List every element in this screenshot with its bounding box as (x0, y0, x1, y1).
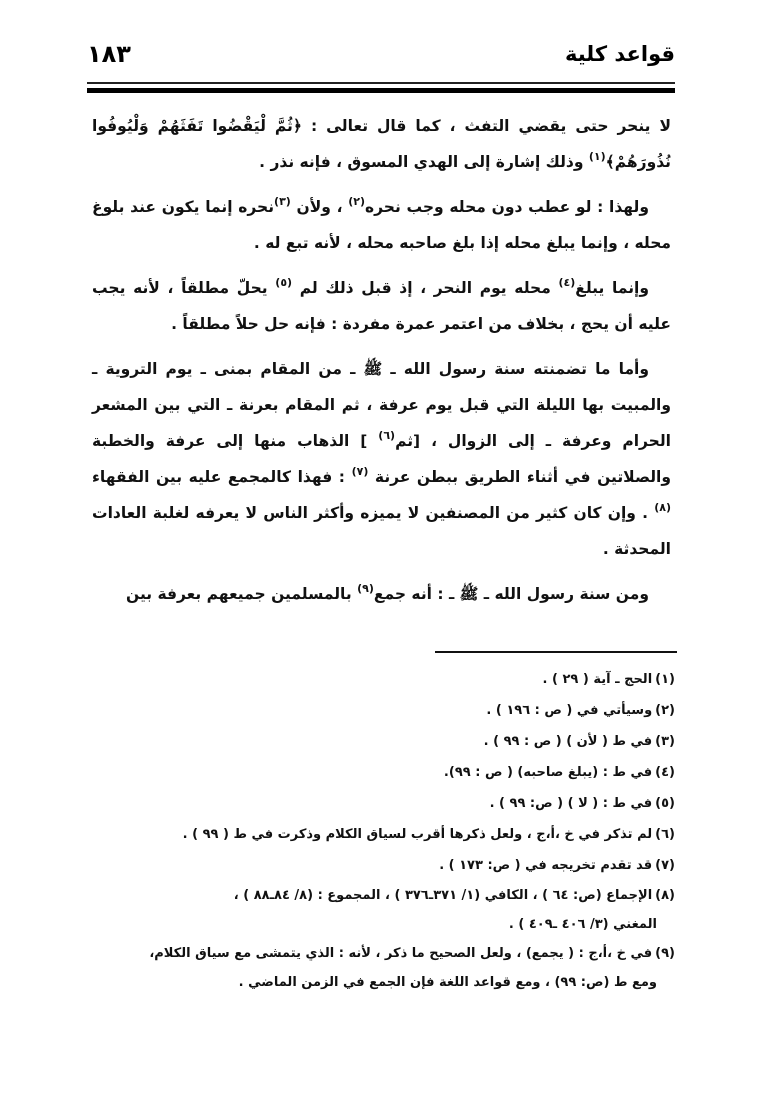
text-run: . وإن كان كثير من المصنفين لا يميزه وأكث… (92, 504, 671, 558)
header-rule-thin (87, 82, 675, 84)
footnote-number: (١) (655, 672, 675, 687)
footnote: (٨)الإجماع (ص: ٦٤ ) ، الكافي (١/ ٣٧١ـ٣٧٦… (86, 881, 675, 939)
text-run: ومن سنة رسول الله ـ ﷺ ـ : أنه جمع (374, 585, 649, 603)
footnote-text: الإجماع (ص: ٦٤ ) ، الكافي (١/ ٣٧١ـ٣٧٦ ) … (234, 888, 652, 903)
paragraph: ومن سنة رسول الله ـ ﷺ ـ : أنه جمع(٩) بال… (92, 576, 671, 612)
footnote-number: (٥) (655, 796, 675, 811)
footnote-number: (٤) (655, 765, 675, 780)
paragraph: وإنما يبلغ(٤) محله يوم النحر ، إذ قبل ذل… (92, 270, 671, 342)
footnote-text: في ط ( لأن ) ( ص : ٩٩ ) . (484, 734, 652, 749)
footnote-ref[interactable]: (٤) (558, 276, 575, 289)
paragraph: لا ينحر حتى يقضي التفث ، كما قال تعالى :… (92, 108, 671, 180)
footnote-ref[interactable]: (٩) (357, 582, 374, 595)
text-run: محله يوم النحر ، إذ قبل ذلك لم (292, 279, 558, 297)
footnote: (٦)لم تذكر في خ ،أ،ج ، ولعل ذكرها أقرب ل… (86, 819, 675, 850)
footnote: (٧)قد تقدم تخريجه في ( ص: ١٧٣ ) . (86, 850, 675, 881)
footnote-ref[interactable]: (٧) (352, 465, 369, 478)
footnote-text: لم تذكر في خ ،أ،ج ، ولعل ذكرها أقرب لسيا… (183, 827, 653, 842)
text-run: وذلك إشارة إلى الهدي المسوق ، فإنه نذر . (259, 153, 589, 171)
page-number: ١٨٣ (87, 40, 131, 68)
footnote-number: (٩) (655, 946, 675, 961)
footnote-ref[interactable]: (٨) (654, 501, 671, 514)
text-run: وإنما يبلغ (575, 279, 649, 297)
paragraph: وأما ما تضمنته سنة رسول الله ـ ﷺ ـ من ال… (92, 351, 671, 567)
header-rule-thick (87, 88, 675, 93)
paragraph: ولهذا : لو عطب دون محله وجب نحره(٢) ، ول… (92, 189, 671, 261)
footnote-text: في ط : ( لا ) ( ص: ٩٩ ) . (490, 796, 653, 811)
footnote: (٩)في خ ،أ،ج : ( يجمع) ، ولعل الصحيح ما … (86, 939, 675, 997)
footnote: (١)الحج ـ آية ( ٢٩ ) . (86, 664, 675, 695)
footnote-ref[interactable]: (١) (589, 150, 606, 163)
text-run: : فهذا كالمجمع عليه بين الفقهاء (92, 468, 352, 486)
footnote-number: (٦) (655, 827, 675, 842)
main-text: لا ينحر حتى يقضي التفث ، كما قال تعالى :… (92, 108, 671, 621)
footnote-continuation: ومع ط (ص: ٩٩) ، ومع قواعد اللغة فإن الجم… (86, 968, 675, 997)
book-title: قواعد كلية (565, 42, 675, 66)
footnote-text: قد تقدم تخريجه في ( ص: ١٧٣ ) . (439, 858, 652, 873)
text-run: بالمسلمين جميعهم بعرفة بين (126, 585, 357, 603)
footnote-ref[interactable]: (٦) (378, 429, 395, 442)
footnote-number: (٣) (655, 734, 675, 749)
footnote-ref[interactable]: (٥) (275, 276, 292, 289)
text-run: ، ولأن (291, 198, 348, 216)
book-page: قواعد كلية ١٨٣ لا ينحر حتى يقضي التفث ، … (0, 0, 763, 1104)
footnote: (٣)في ط ( لأن ) ( ص : ٩٩ ) . (86, 726, 675, 757)
footnote-text: في خ ،أ،ج : ( يجمع) ، ولعل الصحيح ما ذكر… (149, 946, 652, 961)
footnotes: (١)الحج ـ آية ( ٢٩ ) .(٢)وسيأتي في ( ص :… (86, 664, 675, 997)
footnote-number: (٨) (655, 888, 675, 903)
footnote: (٥)في ط : ( لا ) ( ص: ٩٩ ) . (86, 788, 675, 819)
footnote-text: الحج ـ آية ( ٢٩ ) . (543, 672, 653, 687)
footnote-text: في ط : (يبلغ صاحبه) ( ص : ٩٩). (444, 765, 652, 780)
footnote: (٢)وسيأتي في ( ص : ١٩٦ ) . (86, 695, 675, 726)
footnote-number: (٧) (655, 858, 675, 873)
text-run: ولهذا : لو عطب دون محله وجب نحره (365, 198, 649, 216)
footnote-ref[interactable]: (٣) (274, 195, 291, 208)
footnote-continuation: المغني (٣/ ٤٠٦ ـ٤٠٩ ) . (86, 910, 675, 939)
footnote: (٤)في ط : (يبلغ صاحبه) ( ص : ٩٩). (86, 757, 675, 788)
footnote-text: وسيأتي في ( ص : ١٩٦ ) . (486, 703, 652, 718)
text-run: لا ينحر حتى يقضي التفث ، كما قال تعالى : (302, 117, 671, 135)
footnote-separator (435, 651, 677, 653)
footnote-number: (٢) (655, 703, 675, 718)
running-header: قواعد كلية ١٨٣ (87, 42, 675, 72)
footnote-ref[interactable]: (٢) (348, 195, 365, 208)
